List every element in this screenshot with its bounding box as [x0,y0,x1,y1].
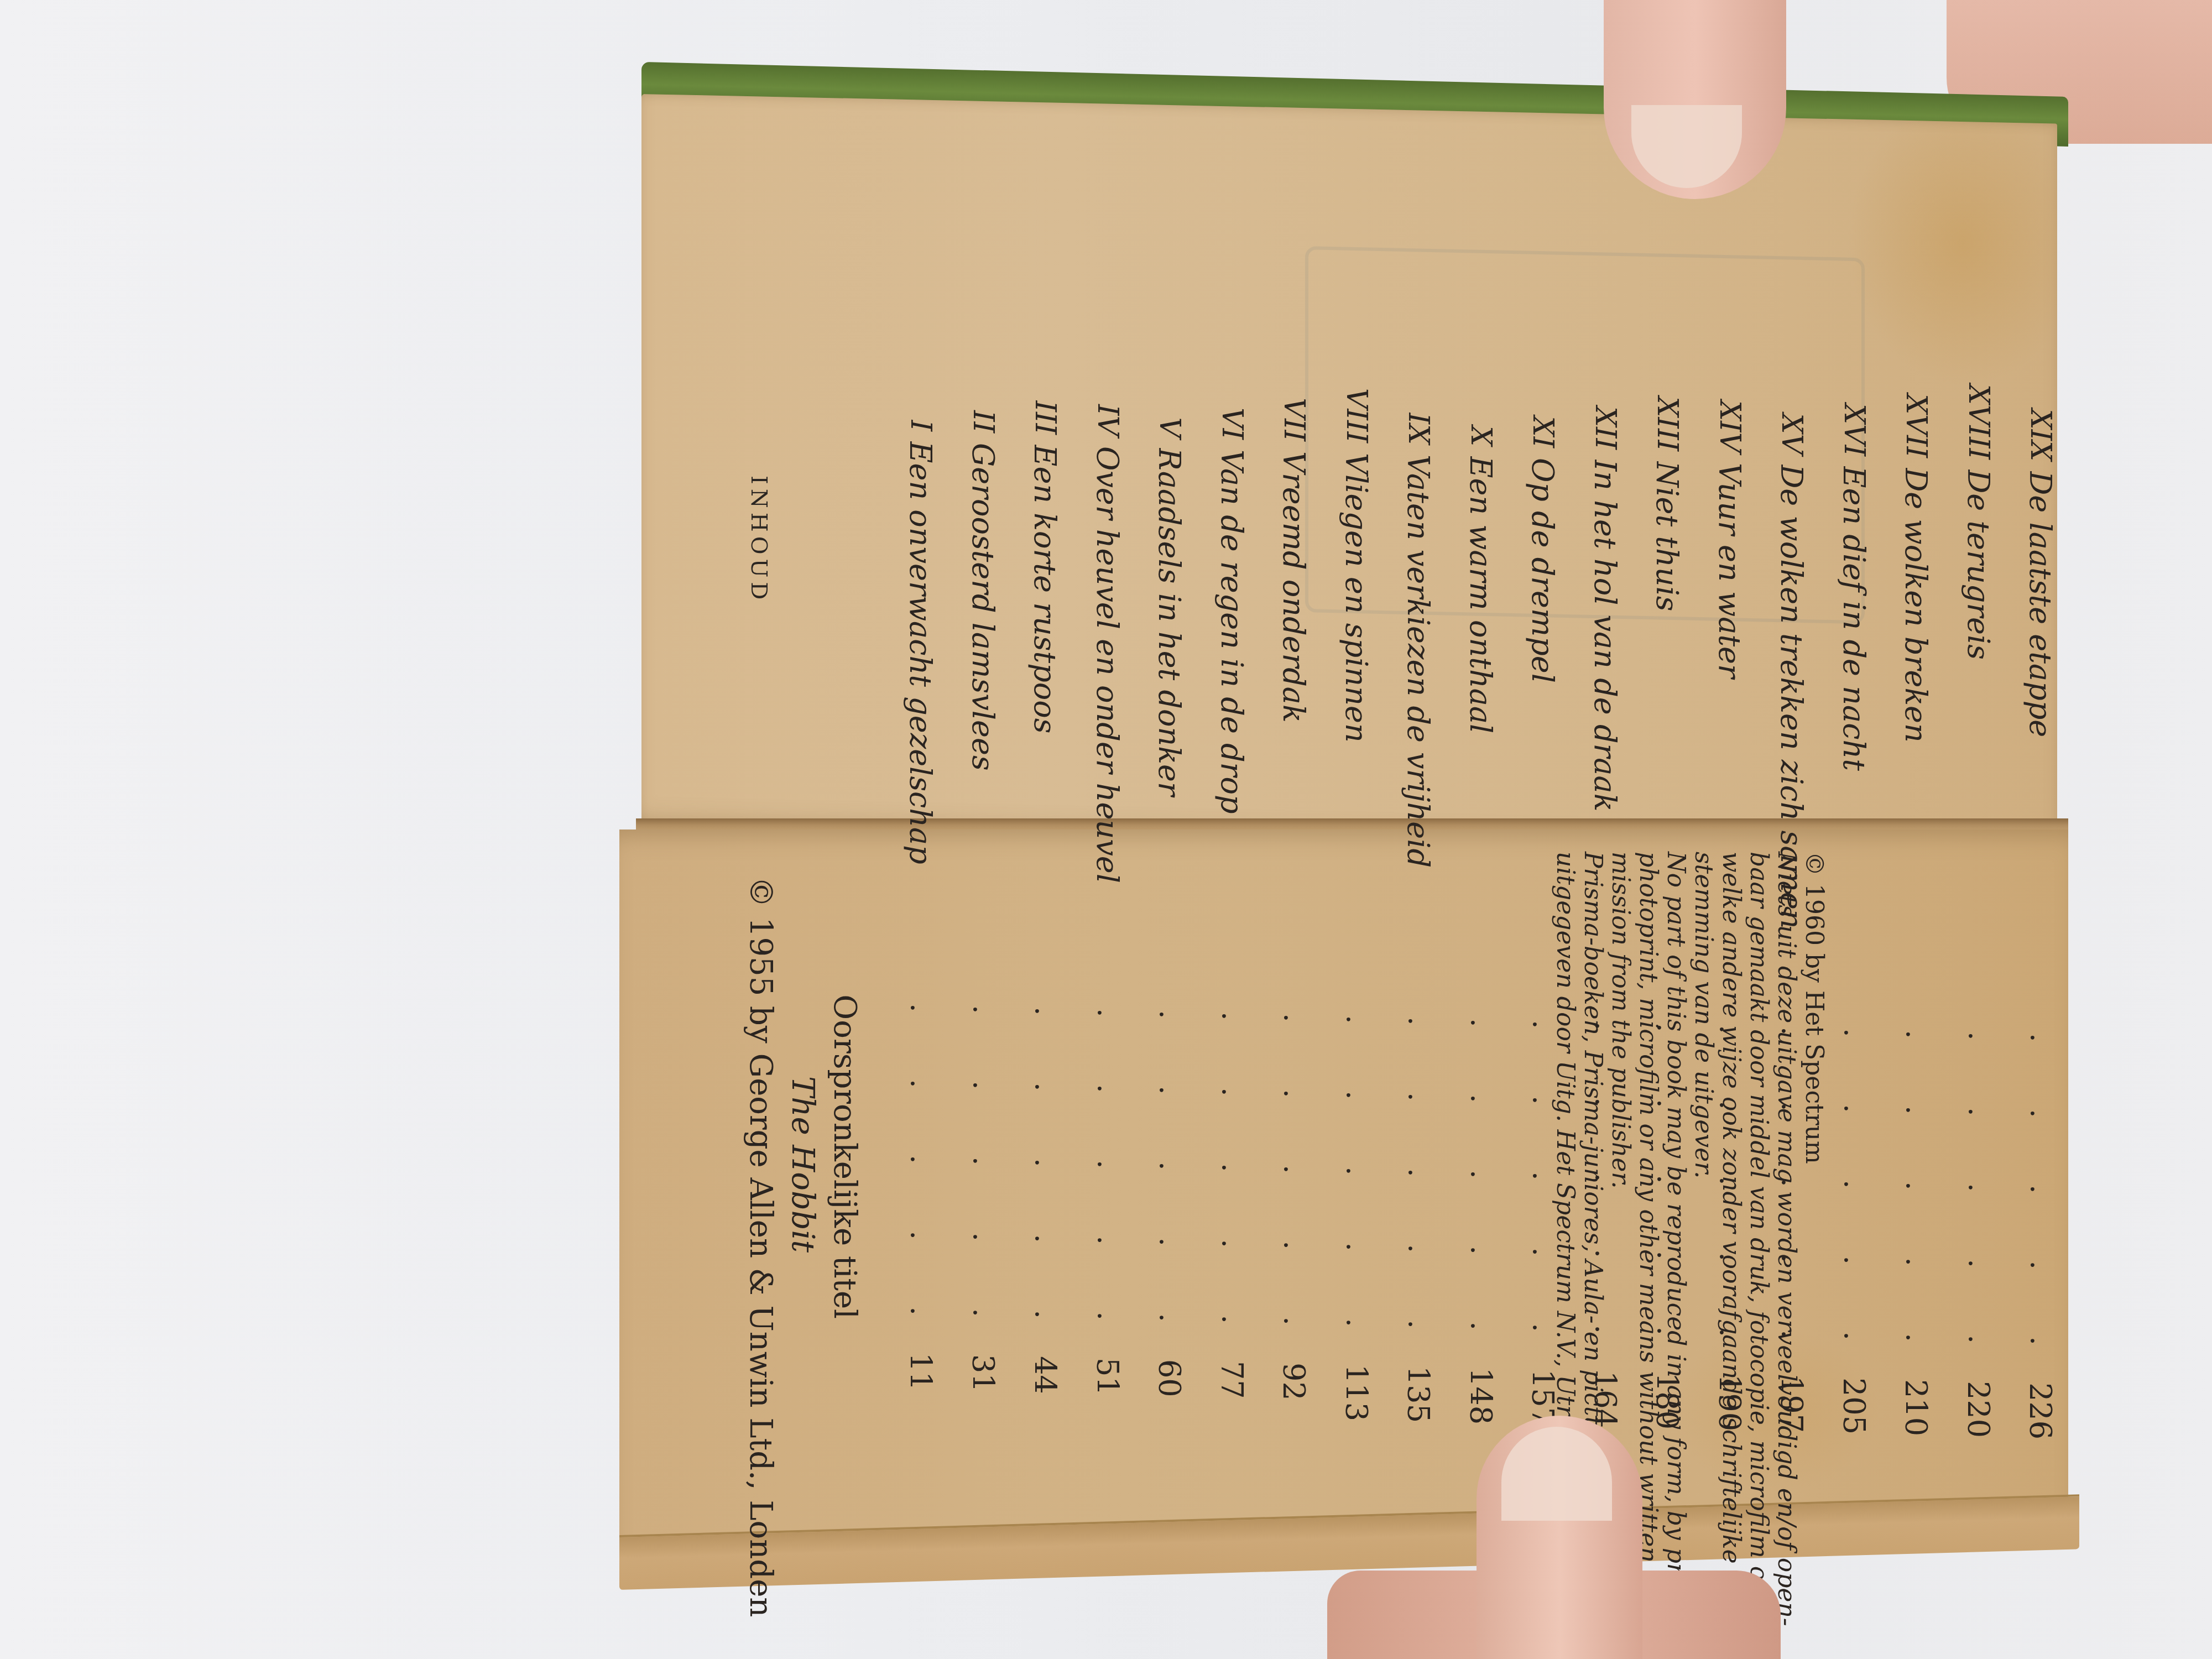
chapter-page: 220 [1961,1381,1996,1442]
toc-entry: IEen onverwacht gezelschap. . . . . . . … [901,348,940,1413]
chapter-page: 11 [904,1353,938,1413]
chapter-number: XII [1589,367,1622,460]
chapter-number: IX [1402,362,1435,455]
dot-leader: . . . . . . . . . . . [1900,1030,1933,1373]
toc-entry: VIVan de regen in de drop. . . . . . . .… [1213,357,1251,1422]
chapter-title: Een korte rustpoos [1028,445,1063,998]
chapter-page: 92 [1277,1363,1312,1423]
chapter-page: 135 [1401,1366,1436,1427]
chapter-number: VII [1277,358,1311,451]
dot-leader: . . . . . . . . . . . [967,1005,1000,1348]
original-title: The Hobbit [781,877,823,1463]
chapter-number: VIII [1340,360,1373,453]
dot-leader: . . . . . . . . . . . [1464,1018,1498,1361]
chapter-title: Van de regen in de drop [1214,450,1249,1003]
chapter-title: Een warm onthaal [1463,456,1498,1009]
copyright-line: © 1960 by Het Spectrum [1800,852,1828,1438]
chapter-title: Over heuvel en onder heuvel [1090,446,1125,999]
copyright-line: Prisma-boeken, Prisma-juniores, Aula- en… [1579,852,1606,1438]
chapter-number: IV [1091,353,1124,446]
copyright-line: welke andere wijze ook zonder voorafgaan… [1717,852,1745,1438]
toc-entry: XVIIIDe terugreis. . . . . . . . . . .22… [1959,377,1998,1442]
original-copyright: © 1955 by George Allen & Unwin Ltd., Lon… [739,877,781,1463]
chapter-number: XIV [1713,370,1746,463]
chapter-page: 210 [1899,1379,1934,1440]
chapter-number: III [1029,352,1062,445]
chapter-title: Een dief in de nacht [1837,466,1871,1019]
chapter-title: Vliegen en spinnen [1339,453,1374,1006]
chapter-title: Vreemd onderdak [1277,451,1312,1004]
copyright-line: Niets uit deze uitgave mag worden vervee… [1772,852,1800,1438]
dot-leader: . . . . . . . . . . . [1153,1010,1186,1353]
chapter-title: De laatste etappe [2023,471,2058,1024]
chapter-number: I [904,348,937,441]
chapter-page: 60 [1152,1359,1187,1420]
chapter-number: XV [1775,372,1808,465]
chapter-page: 113 [1339,1364,1374,1425]
chapter-number: XVI [1838,373,1871,466]
chapter-number: II [967,350,1000,443]
dot-leader: . . . . . . . . . . . [1962,1031,1995,1374]
copyright-line: stemming van de uitgever. [1689,852,1717,1438]
toc-entry: IXVaten verkiezen de vrijheid. . . . . .… [1399,362,1438,1427]
toc-heading: INHOUD [746,476,771,604]
chapter-number: XVII [1900,375,1933,468]
chapter-page: 148 [1463,1368,1498,1428]
toc-entry: IVOver heuvel en onder heuvel. . . . . .… [1088,353,1127,1418]
chapter-number: XVIII [1962,377,1995,469]
chapter-title: Een onverwacht gezelschap [904,441,938,994]
toc-entry: XVIEen dief in de nacht. . . . . . . . .… [1835,373,1874,1438]
chapter-title: Raadsels in het donker [1152,448,1187,1001]
toc-entry: VRaadsels in het donker. . . . . . . . .… [1150,355,1189,1420]
dot-leader: . . . . . . . . . . . [1340,1015,1373,1358]
copyright-line: baar gemaakt door middel van druk, fotoc… [1745,852,1772,1438]
dot-leader: . . . . . . . . . . . [1215,1011,1249,1354]
chapter-title: De wolken breken [1899,468,1934,1021]
chapter-number: VI [1215,357,1249,450]
copyright-line: No part of this book may be reproduced i… [1662,852,1689,1438]
chapter-number: XI [1526,365,1559,458]
copyright-notice: © 1960 by Het Spectrum Niets uit deze ui… [1551,852,1828,1438]
page-stain [1847,97,2057,390]
chapter-title: De terugreis [1961,469,1996,1022]
dot-leader: . . . . . . . . . . . [1402,1016,1435,1359]
toc-entry: VIIIVliegen en spinnen. . . . . . . . . … [1337,360,1376,1425]
chapter-title: Vaten verkiezen de vrijheid [1401,455,1436,1008]
dot-leader: . . . . . . . . . . . [1277,1013,1311,1356]
dot-leader: . . . . . . . . . . . [2024,1033,2057,1376]
toc-entry: XEen warm onthaal. . . . . . . . . . .14… [1462,363,1500,1428]
chapter-title: Geroosterd lamsvlees [966,443,1000,996]
copyright-line: uitgegeven door Uitg. Het Spectrum N.V.,… [1551,852,1579,1438]
toc-entry: VIIVreemd onderdak. . . . . . . . . . .9… [1275,358,1313,1423]
chapter-number: X [1464,363,1498,456]
chapter-page: 205 [1837,1378,1871,1438]
toc-entry: XVIIDe wolken breken. . . . . . . . . . … [1897,375,1936,1440]
dot-leader: . . . . . . . . . . . [904,1003,937,1346]
original-title-label: Oorspronkelijke titel [823,877,865,1463]
dot-leader: . . . . . . . . . . . [1029,1006,1062,1349]
chapter-page: 31 [966,1354,1000,1415]
toc-entry: IIIEen korte rustpoos. . . . . . . . . .… [1026,352,1065,1417]
copyright-line: photoprint, microfilm or any other means… [1634,852,1662,1438]
chapter-number: XIX [2024,378,2057,471]
chapter-number: XIII [1651,368,1684,461]
chapter-page: 44 [1028,1356,1063,1417]
dot-leader: . . . . . . . . . . . [1838,1028,1871,1371]
chapter-page: 77 [1214,1361,1249,1422]
copyright-line: mission from the publisher. [1606,852,1634,1438]
dot-leader: . . . . . . . . . . . [1091,1008,1124,1351]
original-title-block: Oorspronkelijke titel The Hobbit © 1955 … [739,877,865,1463]
chapter-page: 51 [1090,1358,1125,1418]
toc-entry: IIGeroosterd lamsvlees. . . . . . . . . … [964,350,1003,1415]
chapter-page: 226 [2023,1383,2058,1443]
chapter-number: V [1153,355,1186,448]
toc-entry: XIXDe laatste etappe. . . . . . . . . . … [2021,378,2060,1443]
